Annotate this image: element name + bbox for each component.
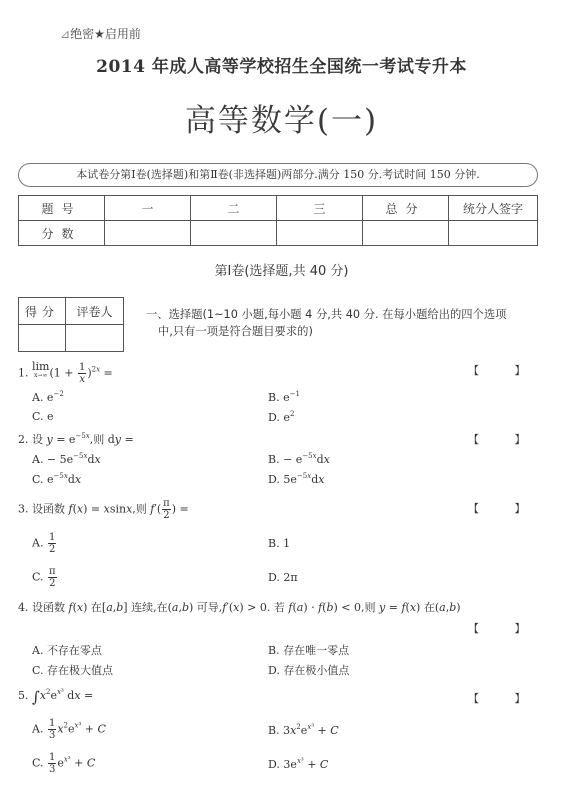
answer-bracket-4[interactable]: 【 】	[468, 620, 542, 636]
exam-title: 高等数学(一)	[0, 95, 563, 140]
score-table: 题号 一 二 三 总分 统分人签字 分数	[18, 195, 538, 246]
question-1-stem: 1. limx→∞(1 + 1x)2x =	[18, 362, 113, 385]
score-input-part-2[interactable]	[191, 221, 277, 246]
question-1-option-c[interactable]: C. e	[32, 410, 54, 423]
scorer-signature-input[interactable]	[449, 221, 538, 246]
question-3-option-a[interactable]: A. 12	[32, 532, 57, 555]
score-input-part-3[interactable]	[277, 221, 363, 246]
answer-bracket-1[interactable]: 【 】	[468, 362, 542, 378]
instructions-line-1: 一、选择题(1~10 小题,每小题 4 分,共 40 分. 在每小题给出的四个选…	[146, 306, 551, 323]
question-5-stem: 5. ∫x2ex³ dx =	[18, 688, 93, 706]
question-5-option-a[interactable]: A. 13x2ex³ + C	[32, 718, 106, 741]
score-table-header-row: 题号 一 二 三 总分 统分人签字	[19, 196, 538, 221]
section-title: 第Ⅰ卷(选择题,共 40 分)	[0, 260, 563, 279]
cell-score-label: 分数	[19, 221, 105, 246]
limit-operator: limx→∞	[32, 362, 49, 380]
question-5-option-c[interactable]: C. 13ex³ + C	[32, 752, 95, 775]
question-4-option-b[interactable]: B. 存在唯一零点	[268, 642, 349, 658]
grader-name-input[interactable]	[66, 325, 124, 352]
question-4-stem: 4. 设函数 f(x) 在[a,b] 连续,在(a,b) 可导,f′(x) > …	[18, 599, 461, 615]
question-5-option-d[interactable]: D. 3ex³ + C	[268, 757, 328, 771]
grader-name-label: 评卷人	[66, 298, 124, 325]
question-2-option-b[interactable]: B. − e−5xdx	[268, 452, 330, 466]
question-4-option-c[interactable]: C. 存在极大值点	[32, 662, 113, 678]
question-4-option-a[interactable]: A. 不存在零点	[32, 642, 102, 658]
question-3-option-d[interactable]: D. 2π	[268, 571, 298, 584]
question-2-stem: 2. 设 y = e−5x,则 dy =	[18, 431, 134, 447]
question-3-stem: 3. 设函数 f(x) = xsinx,则 f′(π2) =	[18, 498, 189, 521]
question-3-option-c[interactable]: C. π2	[32, 566, 58, 589]
question-1-option-a[interactable]: A. e−2	[32, 390, 64, 404]
section-instructions: 一、选择题(1~10 小题,每小题 4 分,共 40 分. 在每小题给出的四个选…	[146, 306, 551, 340]
stamp-mark: ⊿	[60, 27, 70, 41]
question-3-option-b[interactable]: B. 1	[268, 537, 290, 550]
score-input-total[interactable]	[363, 221, 449, 246]
question-2-option-c[interactable]: C. e−5xdx	[32, 472, 81, 486]
exam-notice: 本试卷分第Ⅰ卷(选择题)和第Ⅱ卷(非选择题)两部分.满分 150 分.考试时间 …	[18, 163, 538, 187]
confidential-stamp: ⊿绝密★启用前	[60, 25, 141, 42]
grader-score-input[interactable]	[19, 325, 66, 352]
integral-sign: ∫	[32, 688, 40, 706]
grader-score-label: 得分	[19, 298, 66, 325]
exam-header: 2014 年成人高等学校招生全国统一考试专升本	[0, 52, 563, 77]
cell-part-2: 二	[191, 196, 277, 221]
cell-scorer-signature: 统分人签字	[449, 196, 538, 221]
question-1-option-d[interactable]: D. e2	[268, 410, 294, 424]
cell-total: 总分	[363, 196, 449, 221]
cell-part-1: 一	[105, 196, 191, 221]
stamp-text: 绝密★启用前	[70, 27, 141, 41]
question-5-option-b[interactable]: B. 3x2ex³ + C	[268, 723, 339, 737]
answer-bracket-3[interactable]: 【 】	[468, 500, 542, 516]
cell-question-number: 题号	[19, 196, 105, 221]
score-table-score-row: 分数	[19, 221, 538, 246]
answer-bracket-2[interactable]: 【 】	[468, 431, 542, 447]
grader-table: 得分 评卷人	[18, 297, 124, 352]
instructions-line-2: 中,只有一项是符合题目要求的)	[146, 323, 551, 340]
question-2-option-a[interactable]: A. − 5e−5xdx	[32, 452, 101, 466]
score-input-part-1[interactable]	[105, 221, 191, 246]
answer-bracket-5[interactable]: 【 】	[468, 690, 542, 706]
cell-part-3: 三	[277, 196, 363, 221]
question-2-option-d[interactable]: D. 5e−5xdx	[268, 472, 324, 486]
question-4-option-d[interactable]: D. 存在极小值点	[268, 662, 349, 678]
question-1-option-b[interactable]: B. e−1	[268, 390, 300, 404]
